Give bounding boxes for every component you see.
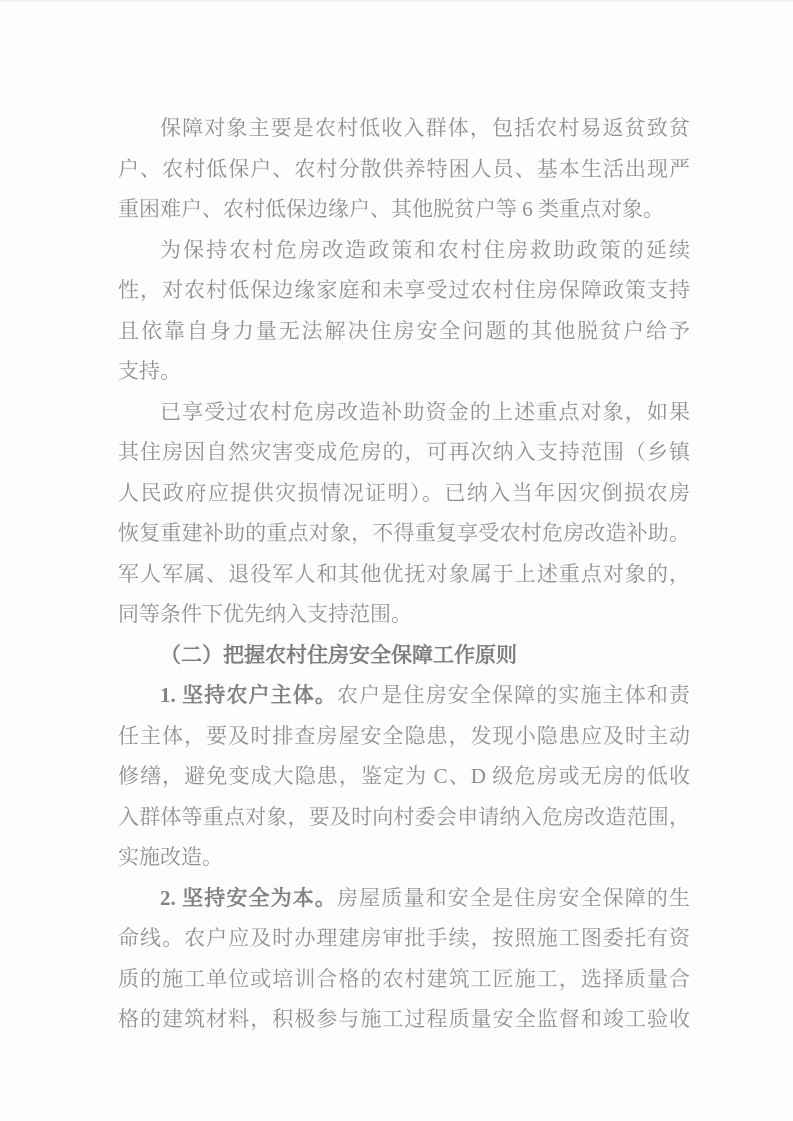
- text-line: 支持。: [118, 351, 690, 392]
- text-line: 修缮，避免变成大隐患，鉴定为 C、D 级危房或无房的低收: [118, 756, 690, 797]
- text-line: 为保持农村危房改造政策和农村住房救助政策的延续: [118, 230, 690, 271]
- text-line: 已享受过农村危房改造补助资金的上述重点对象，如果: [118, 392, 690, 433]
- section-heading: （二）把握农村住房安全保障工作原则: [118, 635, 690, 676]
- text-line: 命线。农户应及时办理建房审批手续，按照施工图委托有资: [118, 918, 690, 959]
- text-line: 性，对农村低保边缘家庭和未享受过农村住房保障政策支持: [118, 270, 690, 311]
- text-line: 同等条件下优先纳入支持范围。: [118, 594, 690, 635]
- text-line: 人民政府应提供灾损情况证明）。已纳入当年因灾倒损农房: [118, 473, 690, 514]
- text-line: 其住房因自然灾害变成危房的，可再次纳入支持范围（乡镇: [118, 432, 690, 473]
- text-run: 房屋质量和安全是住房安全保障的生: [337, 886, 690, 910]
- text-line: 军人军属、退役军人和其他优抚对象属于上述重点对象的，: [118, 554, 690, 595]
- numbered-point-lead: 1. 坚持农户主体。: [160, 683, 337, 707]
- text-line: 实施改造。: [118, 837, 690, 878]
- text-line: 入群体等重点对象，要及时向村委会申请纳入危房改造范围，: [118, 797, 690, 838]
- text-line: 1. 坚持农户主体。农户是住房安全保障的实施主体和责: [118, 675, 690, 716]
- text-line: 2. 坚持安全为本。房屋质量和安全是住房安全保障的生: [118, 878, 690, 919]
- text-line: 格的建筑材料，积极参与施工过程质量安全监督和竣工验收: [118, 999, 690, 1040]
- text-line: 户、农村低保户、农村分散供养特困人员、基本生活出现严: [118, 149, 690, 190]
- text-line: 质的施工单位或培训合格的农村建筑工匠施工，选择质量合: [118, 959, 690, 1000]
- numbered-point-lead: 2. 坚持安全为本。: [160, 886, 337, 910]
- text-line: 保障对象主要是农村低收入群体，包括农村易返贫致贫: [118, 108, 690, 149]
- text-run: 农户是住房安全保障的实施主体和责: [337, 683, 690, 707]
- text-line: 且依靠自身力量无法解决住房安全问题的其他脱贫户给予: [118, 311, 690, 352]
- text-line: 恢复重建补助的重点对象，不得重复享受农村危房改造补助。: [118, 513, 690, 554]
- text-line: 重困难户、农村低保边缘户、其他脱贫户等 6 类重点对象。: [118, 189, 690, 230]
- document-page: 保障对象主要是农村低收入群体，包括农村易返贫致贫 户、农村低保户、农村分散供养特…: [0, 0, 793, 1121]
- text-line: 任主体，要及时排查房屋安全隐患，发现小隐患应及时主动: [118, 716, 690, 757]
